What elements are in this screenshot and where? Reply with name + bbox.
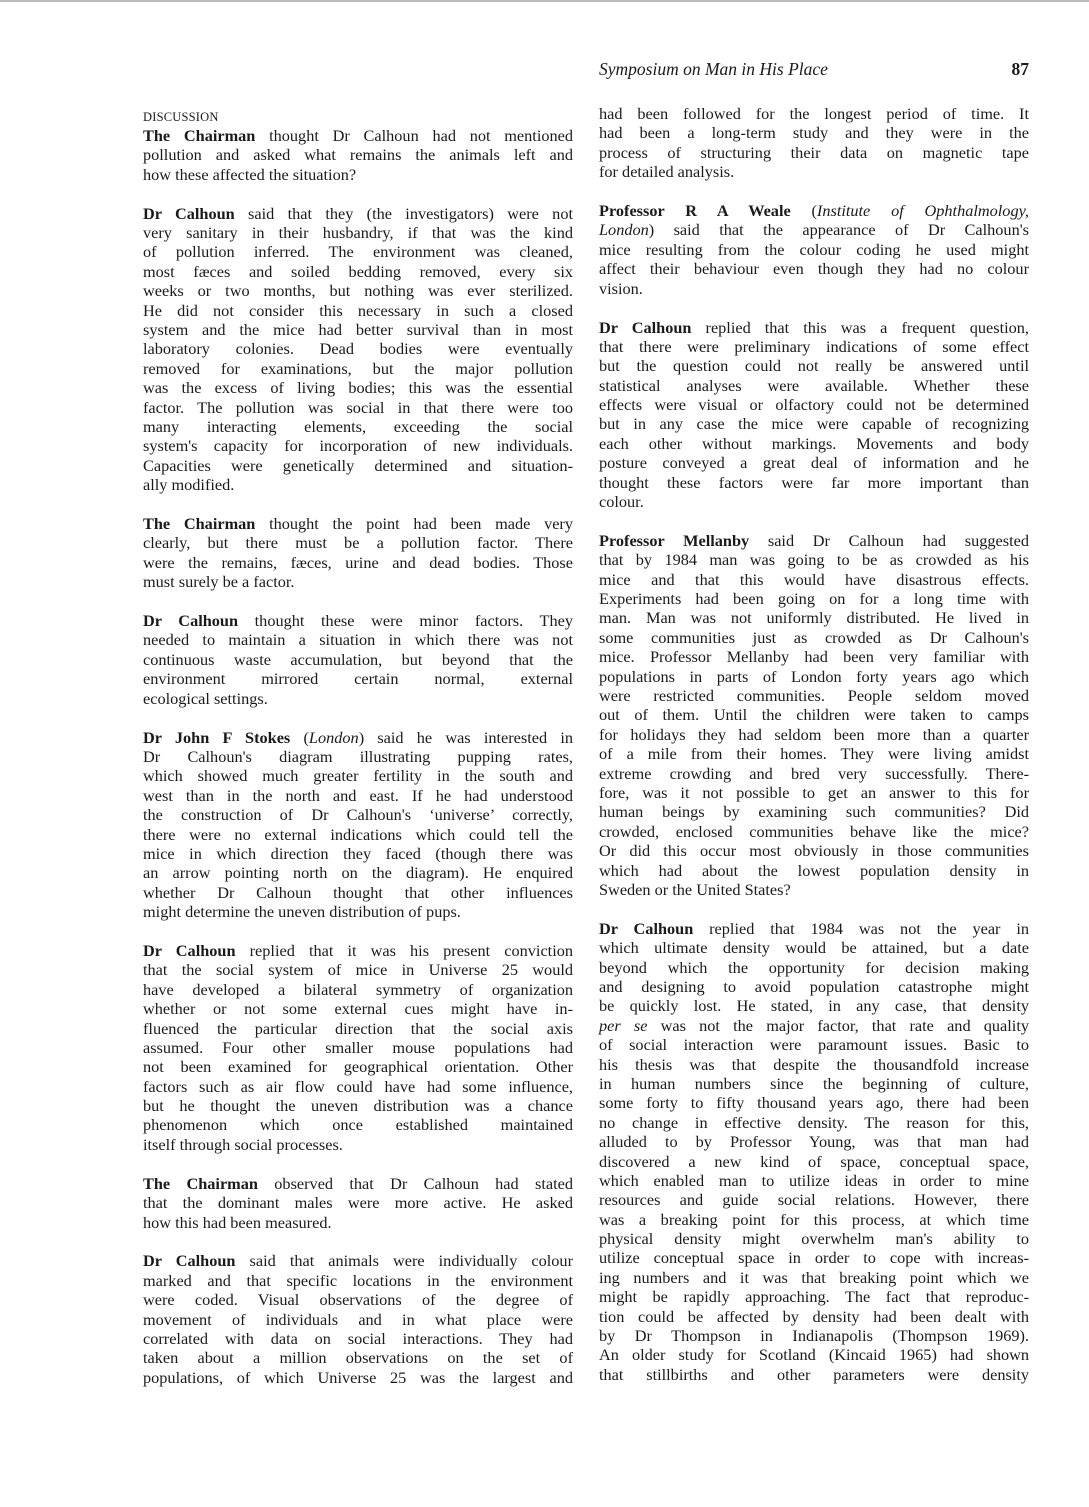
speaker-name: Professor R A Weale bbox=[599, 201, 791, 220]
speaker-name: Professor Mellanby bbox=[599, 531, 749, 550]
discussion-paragraph: Dr Calhoun thought these were minor fact… bbox=[143, 611, 573, 708]
discussion-paragraph: Dr Calhoun replied that this was a frequ… bbox=[599, 318, 1029, 512]
page-number: 87 bbox=[1012, 57, 1030, 81]
speaker-name: Dr Calhoun bbox=[143, 941, 236, 960]
speaker-name: Dr Calhoun bbox=[599, 919, 693, 938]
speaker-name: The Chairman bbox=[143, 126, 255, 145]
discussion-paragraph: Dr Calhoun replied that it was his prese… bbox=[143, 941, 573, 1154]
speaker-name: Dr Calhoun bbox=[143, 611, 238, 630]
viewer-top-border bbox=[0, 0, 1089, 2]
left-column: DISCUSSION The Chairman thought Dr Calho… bbox=[143, 106, 573, 1407]
speaker-affiliation: Institute of Ophthalmology, bbox=[817, 201, 1029, 220]
discussion-paragraph: The Chairman thought Dr Calhoun had not … bbox=[143, 126, 573, 184]
running-header: Symposium on Man in His Place 87 bbox=[599, 57, 1029, 81]
discussion-paragraph: Professor Mellanby said Dr Calhoun had s… bbox=[599, 531, 1029, 899]
discussion-paragraph: Professor R A Weale (Institute of Ophtha… bbox=[599, 201, 1029, 298]
discussion-paragraph: Dr Calhoun replied that 1984 was not the… bbox=[599, 919, 1029, 1384]
discussion-paragraph: The Chairman thought the point had been … bbox=[143, 514, 573, 592]
speaker-name: Dr John F Stokes bbox=[143, 728, 290, 747]
journal-running-title: Symposium on Man in His Place bbox=[599, 57, 828, 81]
section-heading-discussion: DISCUSSION bbox=[143, 108, 573, 126]
discussion-paragraph: The Chairman observed that Dr Calhoun ha… bbox=[143, 1174, 573, 1232]
speaker-name: Dr Calhoun bbox=[599, 318, 691, 337]
right-column: had been followed for the longest period… bbox=[599, 104, 1029, 1404]
speaker-name: Dr Calhoun bbox=[143, 204, 235, 223]
discussion-paragraph: Dr John F Stokes (London) said he was in… bbox=[143, 728, 573, 922]
speaker-name: The Chairman bbox=[143, 514, 255, 533]
discussion-paragraph: Dr Calhoun said that they (the investiga… bbox=[143, 204, 573, 495]
speaker-affiliation: London bbox=[309, 728, 359, 747]
latin-phrase: per se bbox=[599, 1016, 647, 1035]
discussion-paragraph-continued: had been followed for the longest period… bbox=[599, 104, 1029, 182]
discussion-paragraph: Dr Calhoun said that animals were indivi… bbox=[143, 1251, 573, 1387]
speaker-affiliation-city: London bbox=[599, 220, 649, 239]
speaker-name: The Chairman bbox=[143, 1174, 258, 1193]
speaker-name: Dr Calhoun bbox=[143, 1251, 235, 1270]
